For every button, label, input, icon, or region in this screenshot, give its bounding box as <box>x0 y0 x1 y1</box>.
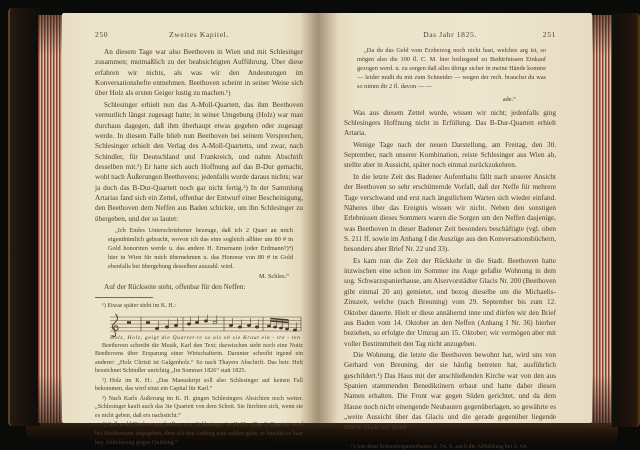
quote-signature: M. Schles.“ <box>95 273 289 280</box>
paragraph: An diesem Tage war also Beethoven in Wie… <box>95 47 303 99</box>
block-quote: „Da du das Geld vom Erzherzog noch nicht… <box>357 47 546 92</box>
quote-signature: ade.“ <box>344 96 516 103</box>
book-cover-left <box>8 8 40 426</box>
paragraph: In die letzte Zeit des Badener Aufenthal… <box>344 172 556 255</box>
footnote-1: ¹) Aus dem Schwarzspanierhause S. 54. S.… <box>344 443 556 450</box>
book-page-right: Das Jahr 1825. 251 „Da du das Geld vom E… <box>318 13 592 423</box>
chapter-title: Zweites Kapitel. <box>129 30 269 39</box>
paragraph: Auf der Rückseite steht, offenbar für de… <box>95 282 303 292</box>
paragraph: Was aus diesem Zettel wurde, wissen wir … <box>344 108 556 139</box>
footnote-2: ²) Holz im K. H.: „Das Manuskript soll a… <box>95 377 303 394</box>
page-fore-edge-right <box>590 15 612 423</box>
paragraph: Wenige Tage nach der neuen Darstellung, … <box>344 140 556 171</box>
year-title: Das Jahr 1825. <box>378 30 522 39</box>
footnote-4: ⁴) Soll wohl Biedermann heißen, s. o. Sc… <box>95 421 303 447</box>
footnote-3: ³) Nach Karls Äußerung im K. H. gingen S… <box>95 395 303 421</box>
book-page-left: 250 Zweites Kapitel. An diesem Tage war … <box>62 13 318 423</box>
footnote-1-text: Beethoven schreibt die Musik, Karl den T… <box>95 342 303 376</box>
music-lyrics: Holz, Holz, geigt die Quartet-te so als … <box>109 335 300 341</box>
footnote-1-intro: ¹) Etwas später steht im K. H.: <box>95 302 303 311</box>
running-header-left: 250 Zweites Kapitel. <box>95 30 303 39</box>
music-notation: Holz, Holz, geigt die Quartet-te so als … <box>97 313 303 341</box>
footnote-separator <box>95 297 153 298</box>
paragraph: Die Wohnung, die letzte die Beethoven be… <box>344 350 556 433</box>
treble-clef-icon <box>112 314 118 337</box>
block-quote: „Ich Endes Unterschriebener bezeuge, daß… <box>108 227 293 272</box>
book-cover-right <box>612 13 640 427</box>
paragraph: Es kam nun die Zeit der Rückkehr in die … <box>344 256 556 349</box>
page-number-right: 251 <box>522 30 556 39</box>
open-book-photo: 250 Zweites Kapitel. An diesem Tage war … <box>0 0 640 450</box>
page-fore-edge-left <box>38 15 62 423</box>
page-number-left: 250 <box>95 30 129 39</box>
paragraph: Schlesinger erhielt nun das A-Moll-Quart… <box>95 100 303 224</box>
running-header-right: Das Jahr 1825. 251 <box>344 30 556 39</box>
